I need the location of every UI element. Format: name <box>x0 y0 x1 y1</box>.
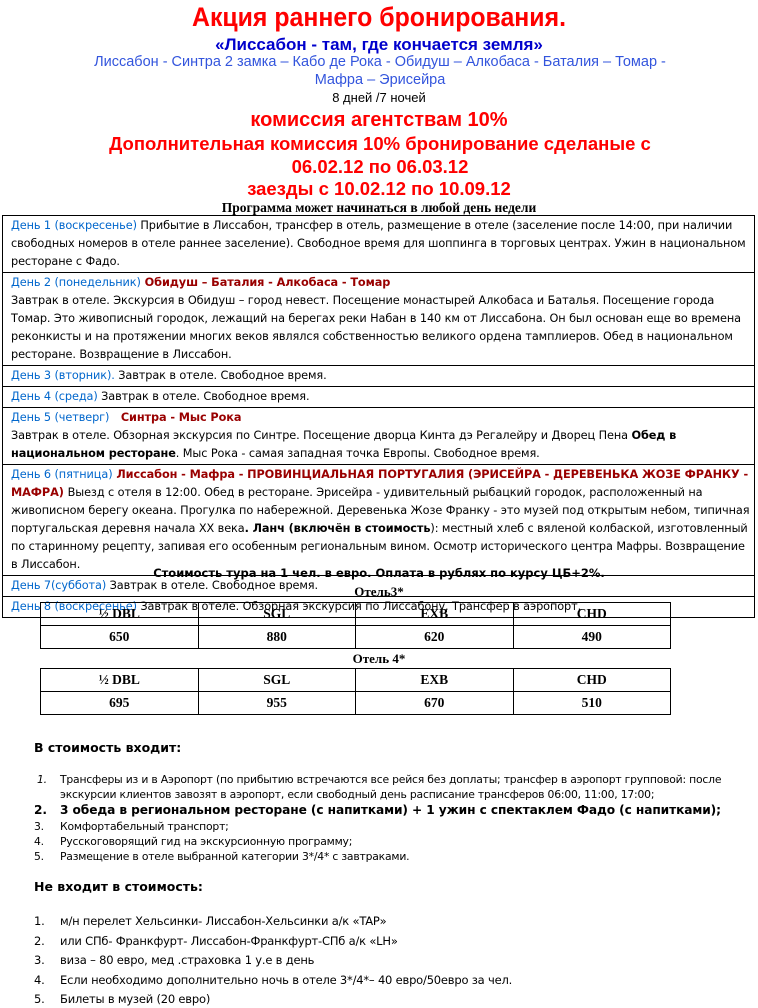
day-text: Завтрак в отеле. Свободное время. <box>98 390 310 403</box>
not-included-list: 1.м/н перелет Хельсинки- Лиссабон-Хельси… <box>34 912 734 1008</box>
item-text: Трансферы из и в Аэропорт (по прибытию в… <box>60 773 721 801</box>
not-included-item: 1.м/н перелет Хельсинки- Лиссабон-Хельси… <box>34 912 734 932</box>
price-header-cell: SGL <box>198 669 356 692</box>
price-value-cell: 695 <box>41 692 199 715</box>
item-text: Билеты в музей (20 евро) <box>60 992 210 1006</box>
item-number: 2. <box>34 802 47 819</box>
item-number: 4. <box>34 834 44 849</box>
item-text: виза – 80 евро, мед .страховка 1 у.е в д… <box>60 953 314 967</box>
price-header-cell: EXB <box>356 669 514 692</box>
included-list: 1.Трансферы из и в Аэропорт (по прибытию… <box>34 772 734 864</box>
extra-commission: Дополнительная комиссия 10% бронирование… <box>90 132 670 178</box>
price-header-cell: SGL <box>198 603 356 626</box>
day-label: День 1 (воскресенье) <box>11 219 137 232</box>
tour-route: Лиссабон - Синтра 2 замка – Кабо де Рока… <box>80 53 680 89</box>
price-value-row: 650 880 620 490 <box>41 626 671 649</box>
price-header-cell: CHD <box>513 603 671 626</box>
item-text: 3 обеда в региональном ресторане (с напи… <box>60 803 721 817</box>
price-value-cell: 955 <box>198 692 356 715</box>
price-header-row: ½ DBL SGL EXB CHD <box>41 603 671 626</box>
day-5-cell: День 5 (четверг) Синтра - Мыс РокаЗавтра… <box>3 408 755 465</box>
price-value-row: 695 955 670 510 <box>41 692 671 715</box>
day-text: Завтрак в отеле. Экскурсия в Обидуш – го… <box>11 294 741 361</box>
tour-subtitle: «Лиссабон - там, где кончается земля» <box>0 35 758 55</box>
day-label: День 6 (пятница) <box>11 468 113 481</box>
program-day-row: День 3 (вторник). Завтрак в отеле. Свобо… <box>3 366 755 387</box>
item-number: 4. <box>34 971 45 991</box>
included-item: 1.Трансферы из и в Аэропорт (по прибытию… <box>34 772 734 802</box>
not-included-item: 2.или СПб- Франкфурт- Лиссабон-Франкфурт… <box>34 932 734 952</box>
hotel-3-caption: Отель3* <box>0 584 758 600</box>
item-number: 5. <box>34 990 45 1008</box>
day-1-cell: День 1 (воскресенье) Прибытие в Лиссабон… <box>3 216 755 273</box>
price-header-row: ½ DBL SGL EXB CHD <box>41 669 671 692</box>
program-day-row: День 6 (пятница) Лиссабон - Мафра - ПРОВ… <box>3 465 755 576</box>
item-text: Если необходимо дополнительно ночь в оте… <box>60 973 512 987</box>
included-heading: В стоимость входит: <box>34 740 181 756</box>
price-value-cell: 510 <box>513 692 671 715</box>
item-number: 5. <box>34 849 44 864</box>
item-number: 1. <box>34 912 45 932</box>
not-included-item: 3.виза – 80 евро, мед .страховка 1 у.е в… <box>34 951 734 971</box>
price-value-cell: 620 <box>356 626 514 649</box>
not-included-item: 5.Билеты в музей (20 евро) <box>34 990 734 1008</box>
price-value-cell: 490 <box>513 626 671 649</box>
item-number: 3. <box>34 819 44 834</box>
price-header-cell: ½ DBL <box>41 669 199 692</box>
not-included-heading: Не входит в стоимость: <box>34 879 203 895</box>
item-text: Русскоговорящий гид на экскурсионную про… <box>60 835 352 848</box>
day-text: Завтрак в отеле. Свободное время. <box>115 369 327 382</box>
day-label: День 3 (вторник). <box>11 369 115 382</box>
item-text: м/н перелет Хельсинки- Лиссабон-Хельсинк… <box>60 914 387 928</box>
price-table-3star: ½ DBL SGL EXB CHD 650 880 620 490 <box>40 602 671 649</box>
day-title: Синтра - Мыс Рока <box>109 411 241 424</box>
program-day-row: День 1 (воскресенье) Прибытие в Лиссабон… <box>3 216 755 273</box>
program-day-row: День 2 (понедельник) Обидуш – Баталия - … <box>3 273 755 366</box>
item-text: Размещение в отеле выбранной категории 3… <box>60 850 409 863</box>
program-day-row: День 5 (четверг) Синтра - Мыс РокаЗавтра… <box>3 408 755 465</box>
day-6-cell: День 6 (пятница) Лиссабон - Мафра - ПРОВ… <box>3 465 755 576</box>
day-title: Обидуш – Баталия - Алкобаса - Томар <box>141 276 390 289</box>
hotel-4-caption: Отель 4* <box>0 651 758 667</box>
price-table-4star: ½ DBL SGL EXB CHD 695 955 670 510 <box>40 668 671 715</box>
price-value-cell: 880 <box>198 626 356 649</box>
item-number: 3. <box>34 951 45 971</box>
day-label: День 2 (понедельник) <box>11 276 141 289</box>
price-header-cell: ½ DBL <box>41 603 199 626</box>
tour-duration: 8 дней /7 ночей <box>0 90 758 106</box>
price-header-cell: EXB <box>356 603 514 626</box>
price-caption: Стоимость тура на 1 чел. в евро. Оплата … <box>0 565 758 581</box>
item-number: 2. <box>34 932 45 952</box>
included-item: 2.3 обеда в региональном ресторане (с на… <box>34 802 734 819</box>
program-day-row: День 4 (среда) Завтрак в отеле. Свободно… <box>3 387 755 408</box>
day-text: . Мыс Рока - самая западная точка Европы… <box>176 447 540 460</box>
program-table: День 1 (воскресенье) Прибытие в Лиссабон… <box>2 215 755 618</box>
day-3-cell: День 3 (вторник). Завтрак в отеле. Свобо… <box>3 366 755 387</box>
day-label: День 5 (четверг) <box>11 411 109 424</box>
day-text: Завтрак в отеле. Обзорная экскурсия по С… <box>11 429 631 442</box>
item-text: Комфортабельный транспорт; <box>60 820 229 833</box>
day-text-bold: . Ланч (включён в стоимость <box>245 522 431 535</box>
not-included-item: 4.Если необходимо дополнительно ночь в о… <box>34 971 734 991</box>
arrival-dates: заезды с 10.02.12 по 10.09.12 <box>0 178 758 200</box>
day-4-cell: День 4 (среда) Завтрак в отеле. Свободно… <box>3 387 755 408</box>
item-number: 1. <box>37 772 47 787</box>
included-item: 4.Русскоговорящий гид на экскурсионную п… <box>34 834 734 849</box>
promo-title: Акция раннего бронирования. <box>30 2 727 32</box>
price-value-cell: 670 <box>356 692 514 715</box>
included-item: 5.Размещение в отеле выбранной категории… <box>34 849 734 864</box>
program-note: Программа может начинаться в любой день … <box>0 200 758 216</box>
day-2-cell: День 2 (понедельник) Обидуш – Баталия - … <box>3 273 755 366</box>
item-text: или СПб- Франкфурт- Лиссабон-Франкфурт-С… <box>60 934 398 948</box>
included-item: 3.Комфортабельный транспорт; <box>34 819 734 834</box>
price-header-cell: CHD <box>513 669 671 692</box>
agency-commission: комиссия агентствам 10% <box>0 108 758 132</box>
price-value-cell: 650 <box>41 626 199 649</box>
day-label: День 4 (среда) <box>11 390 98 403</box>
